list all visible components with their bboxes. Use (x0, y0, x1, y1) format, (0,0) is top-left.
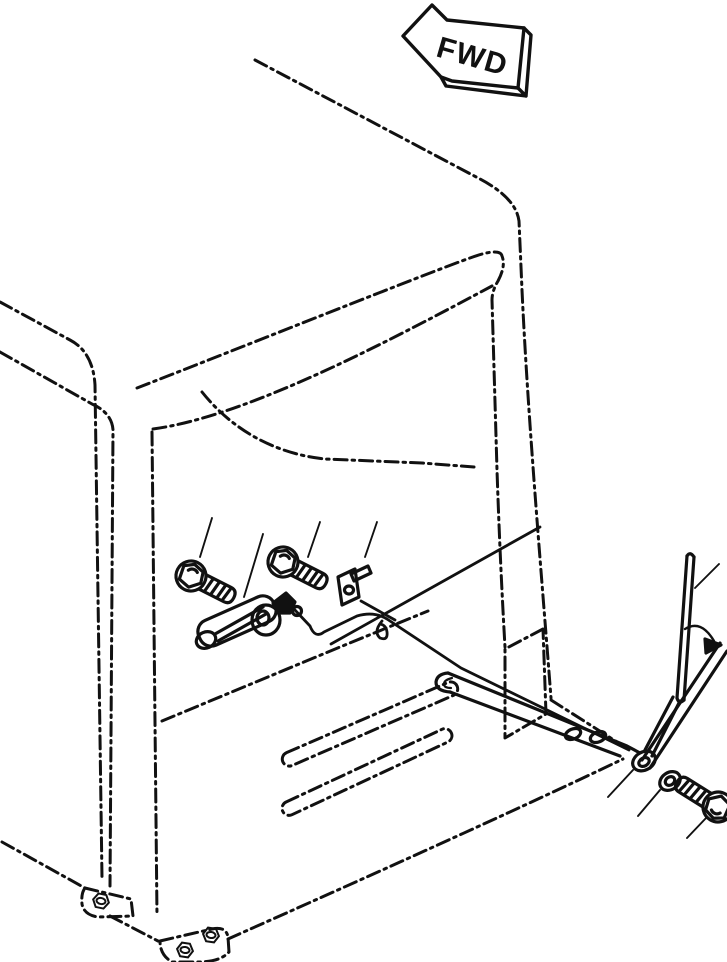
diagram-canvas: FWD (0, 0, 727, 962)
